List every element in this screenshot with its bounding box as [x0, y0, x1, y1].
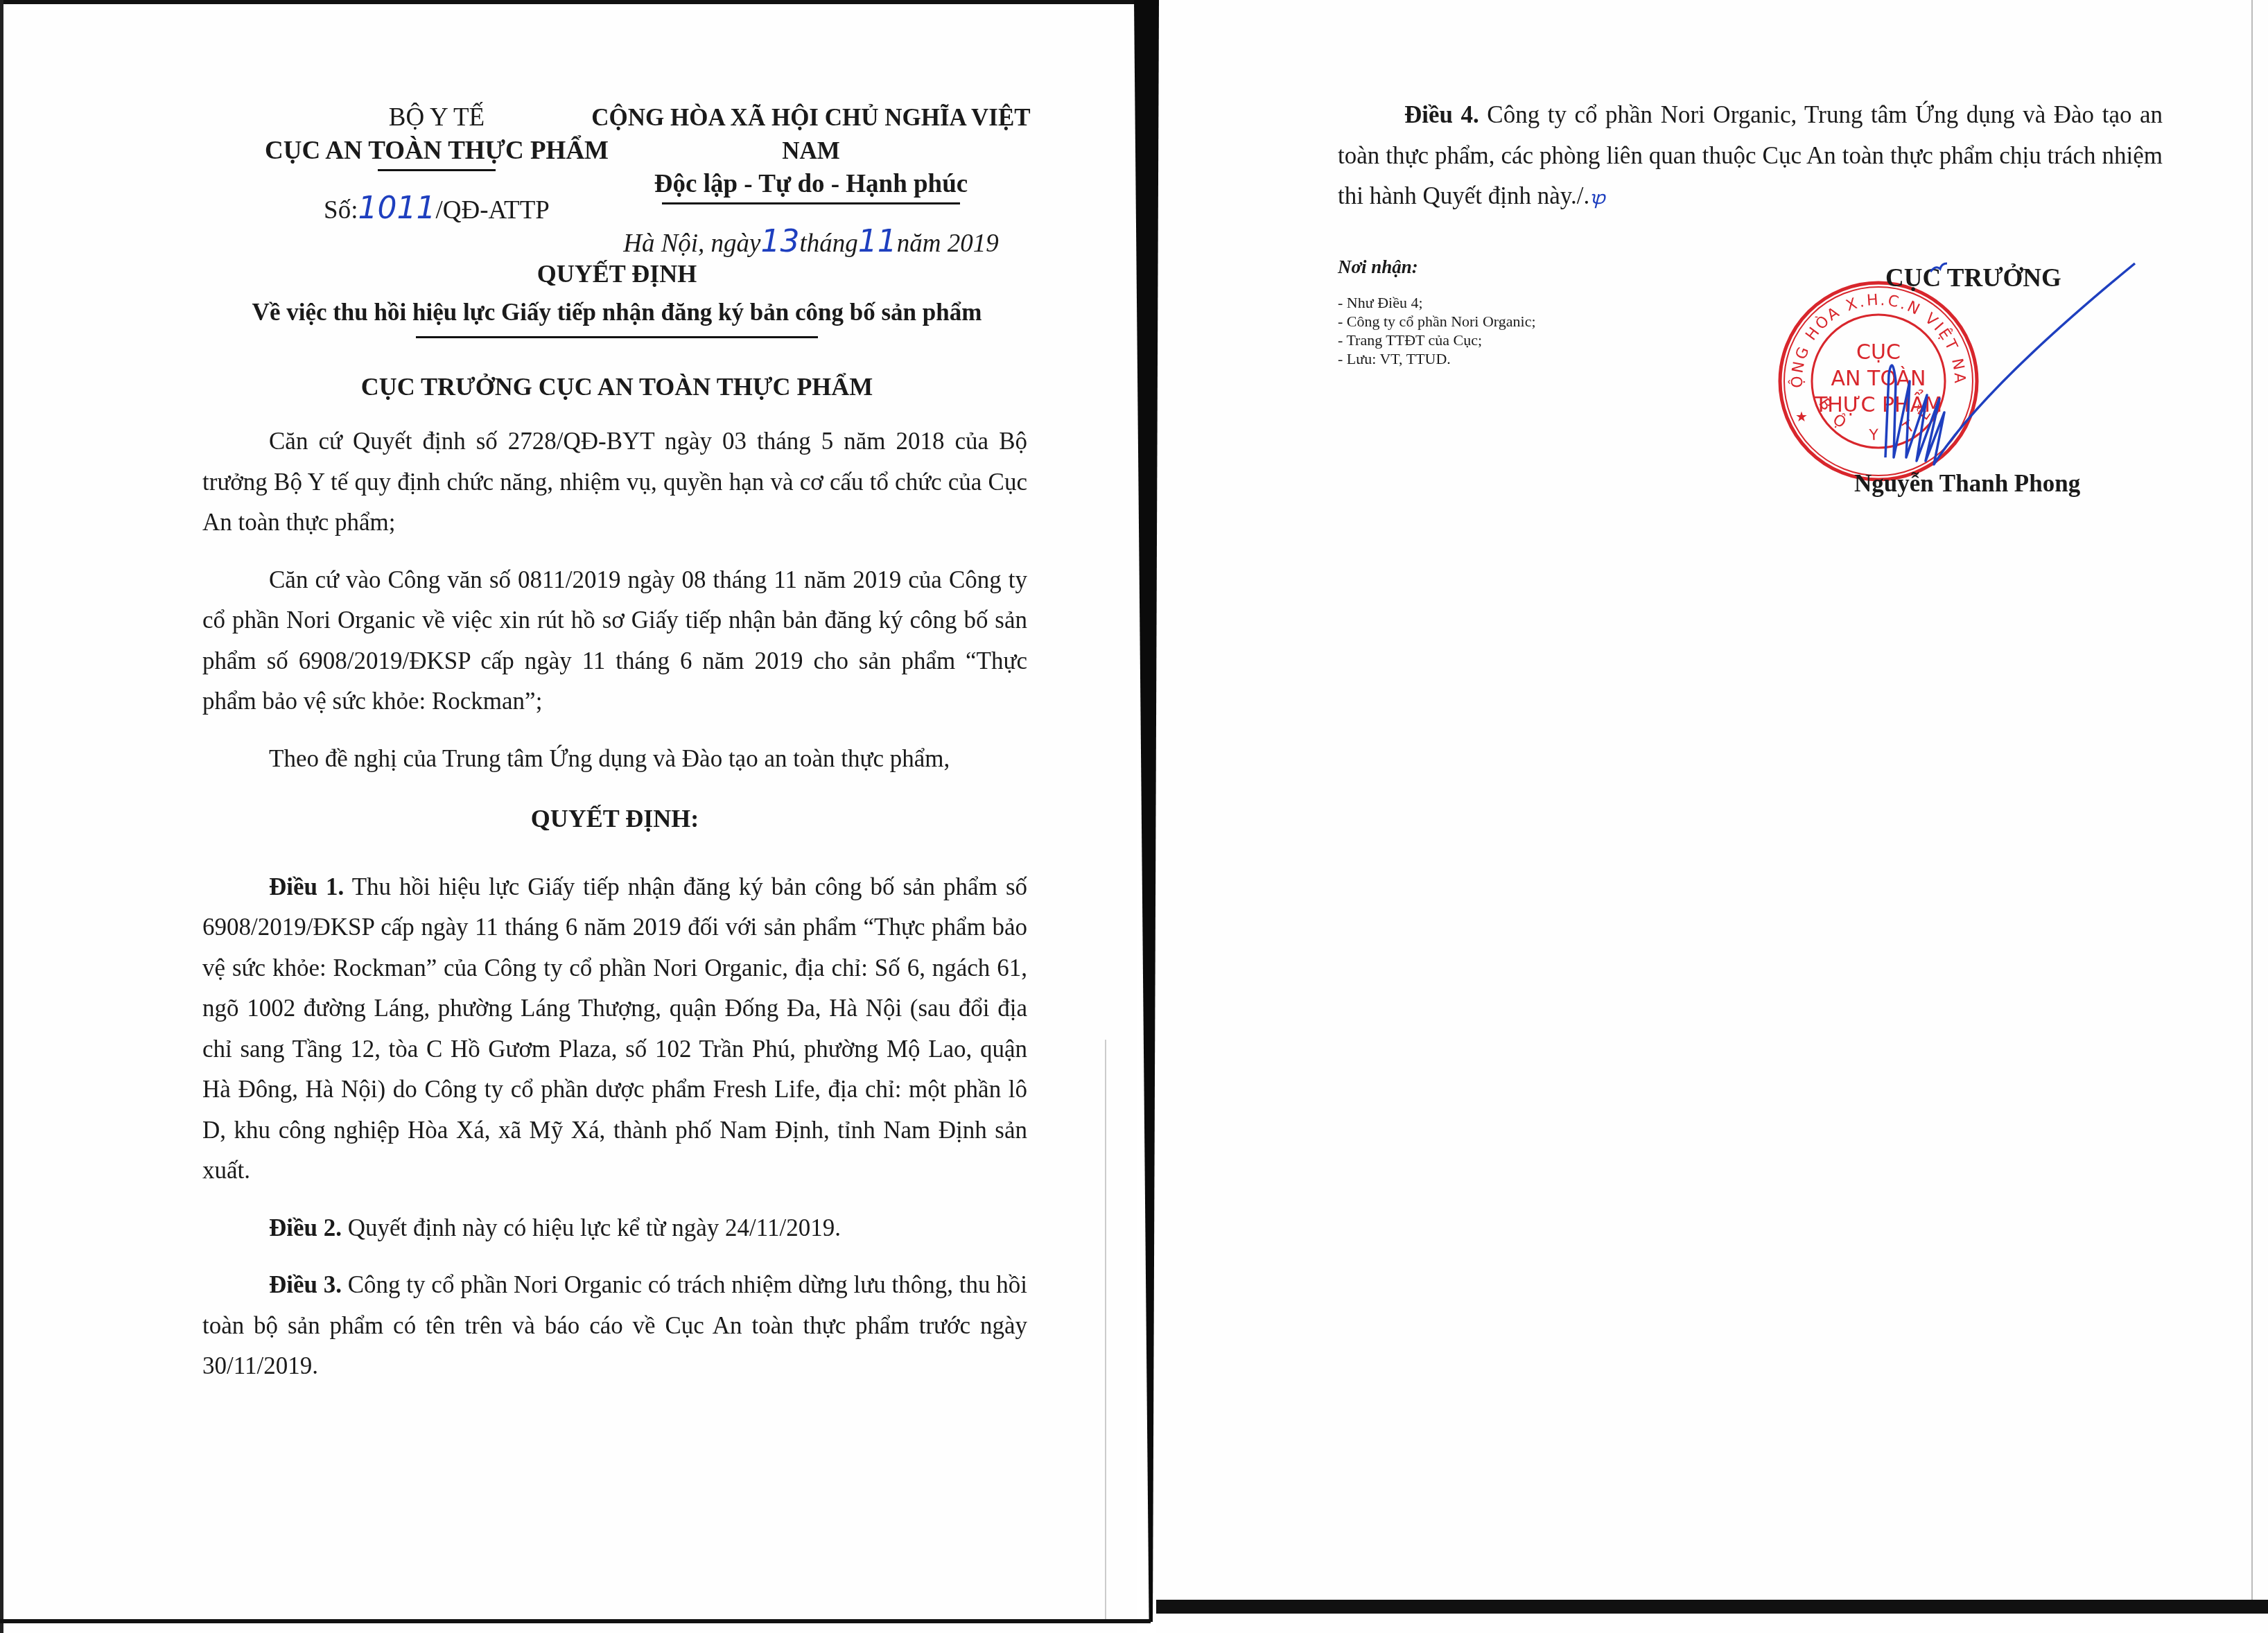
decision-subject: Về việc thu hồi hiệu lực Giấy tiếp nhận … — [201, 295, 1033, 331]
decision-label: QUYẾT ĐỊNH: — [202, 798, 1027, 839]
article-2-text: Quyết định này có hiệu lực kể từ ngày 24… — [342, 1214, 841, 1241]
agency-underline — [378, 169, 496, 171]
number-suffix: /QĐ-ATTP — [435, 196, 549, 225]
article-4: Điều 4. Công ty cổ phần Nori Organic, Tr… — [1338, 95, 2163, 219]
recipient-item: - Như Điều 4; — [1338, 293, 1684, 312]
document-body: Căn cứ Quyết định số 2728/QĐ-BYT ngày 03… — [202, 421, 1027, 1404]
article-4-label: Điều 4. — [1404, 101, 1479, 128]
article-2-label: Điều 2. — [269, 1214, 342, 1241]
national-motto: Độc lập - Tự do - Hạnh phúc — [561, 168, 1061, 201]
decision-title-block: QUYẾT ĐỊNH Về việc thu hồi hiệu lực Giấy… — [201, 253, 1033, 408]
signer-name: Nguyễn Thanh Phong — [1854, 470, 2080, 498]
country-name: CỘNG HÒA XÃ HỘI CHỦ NGHĨA VIỆT NAM — [561, 101, 1061, 168]
scan-edge-bottom-left — [0, 1619, 1151, 1623]
page-edge-inner — [1105, 1040, 1106, 1619]
scan-edge-bottom-right — [1156, 1600, 2268, 1614]
number-prefix: Số: — [324, 196, 358, 225]
preamble-1: Căn cứ Quyết định số 2728/QĐ-BYT ngày 03… — [202, 421, 1027, 543]
article-3-label: Điều 3. — [269, 1271, 342, 1298]
right-page — [1156, 0, 2268, 1633]
page-edge-right — [2251, 0, 2253, 1600]
recipient-item: - Công ty cổ phần Nori Organic; — [1338, 312, 1684, 331]
handwritten-number: 1011 — [358, 191, 435, 226]
decision-title: QUYẾT ĐỊNH — [201, 253, 1033, 295]
article-1-text: Thu hồi hiệu lực Giấy tiếp nhận đăng ký … — [202, 873, 1027, 1185]
recipients-block: Nơi nhận: - Như Điều 4; - Công ty cổ phầ… — [1338, 258, 1684, 368]
national-header: CỘNG HÒA XÃ HỘI CHỦ NGHĨA VIỆT NAM Độc l… — [561, 101, 1061, 261]
recipients-label: Nơi nhận: — [1338, 258, 1684, 277]
article-2: Điều 2. Quyết định này có hiệu lực kể từ… — [202, 1208, 1027, 1249]
motto-underline — [662, 202, 960, 204]
page-gutter — [1134, 0, 1159, 1622]
issuer-title: CỤC TRƯỞNG CỤC AN TOÀN THỰC PHẨM — [201, 366, 1033, 408]
signature-icon — [1774, 250, 2149, 485]
preamble-3: Theo đề nghị của Trung tâm Ứng dụng và Đ… — [202, 739, 1027, 780]
recipient-item: - Lưu: VT, TTUD. — [1338, 349, 1684, 368]
article-1: Điều 1. Thu hồi hiệu lực Giấy tiếp nhận … — [202, 867, 1027, 1191]
preamble-2: Căn cứ vào Công văn số 0811/2019 ngày 08… — [202, 560, 1027, 722]
article-1-label: Điều 1. — [269, 873, 344, 900]
initials-mark: ꝕ — [1589, 188, 1605, 209]
title-rule — [416, 336, 818, 338]
recipient-item: - Trang TTĐT của Cục; — [1338, 331, 1684, 349]
scan-edge-left — [0, 0, 3, 1633]
article-3: Điều 3. Công ty cổ phần Nori Organic có … — [202, 1265, 1027, 1387]
